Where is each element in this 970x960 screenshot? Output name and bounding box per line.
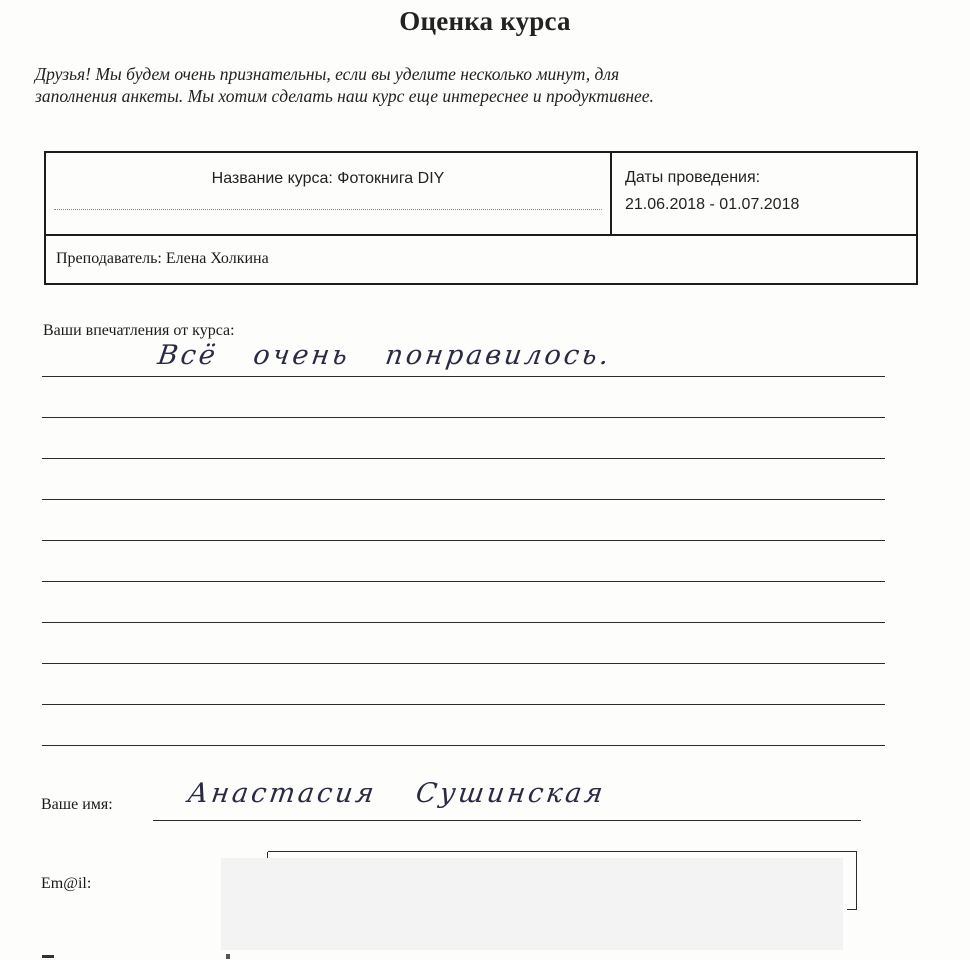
course-name-cell: Название курса: Фотокнига DIY bbox=[46, 153, 612, 236]
box-corner-mark bbox=[847, 909, 857, 910]
course-dates-cell: Даты проведения: 21.06.2018 - 01.07.2018 bbox=[612, 153, 918, 236]
name-field[interactable]: Анастасия Сушинская bbox=[186, 778, 608, 809]
teacher-name: Преподаватель: Елена Холкина bbox=[56, 250, 269, 268]
dotted-divider bbox=[54, 209, 602, 210]
answer-line[interactable] bbox=[42, 663, 885, 664]
dates-value: 21.06.2018 - 01.07.2018 bbox=[625, 196, 799, 214]
answer-line[interactable] bbox=[42, 458, 885, 459]
answer-line[interactable] bbox=[42, 581, 885, 582]
redaction-block bbox=[221, 858, 843, 950]
intro-text: Друзья! Мы будем очень признательны, есл… bbox=[35, 63, 915, 107]
answer-line[interactable] bbox=[42, 704, 885, 705]
teacher-cell: Преподаватель: Елена Холкина bbox=[46, 236, 918, 285]
page-title: Оценка курса bbox=[0, 6, 970, 37]
answer-line[interactable] bbox=[42, 499, 885, 500]
course-name: Название курса: Фотокнига DIY bbox=[46, 170, 610, 188]
impressions-answer[interactable]: Всё очень понравилось. bbox=[156, 340, 614, 371]
course-info-table: Название курса: Фотокнига DIY Даты прове… bbox=[44, 151, 918, 285]
name-label: Ваше имя: bbox=[41, 796, 113, 814]
name-underline bbox=[153, 820, 861, 821]
answer-line[interactable] bbox=[42, 417, 885, 418]
intro-line-1: Друзья! Мы будем очень признательны, есл… bbox=[35, 63, 915, 85]
answer-line[interactable] bbox=[42, 540, 885, 541]
answer-line[interactable] bbox=[42, 745, 885, 746]
email-label: Em@il: bbox=[41, 875, 91, 893]
answer-line[interactable] bbox=[42, 376, 885, 377]
impressions-label: Ваши впечатления от курса: bbox=[43, 322, 235, 340]
cut-off-next-line bbox=[40, 952, 540, 960]
dates-label: Даты проведения: bbox=[625, 169, 760, 187]
intro-line-2: заполнения анкеты. Мы хотим сделать наш … bbox=[35, 85, 915, 107]
answer-line[interactable] bbox=[42, 622, 885, 623]
